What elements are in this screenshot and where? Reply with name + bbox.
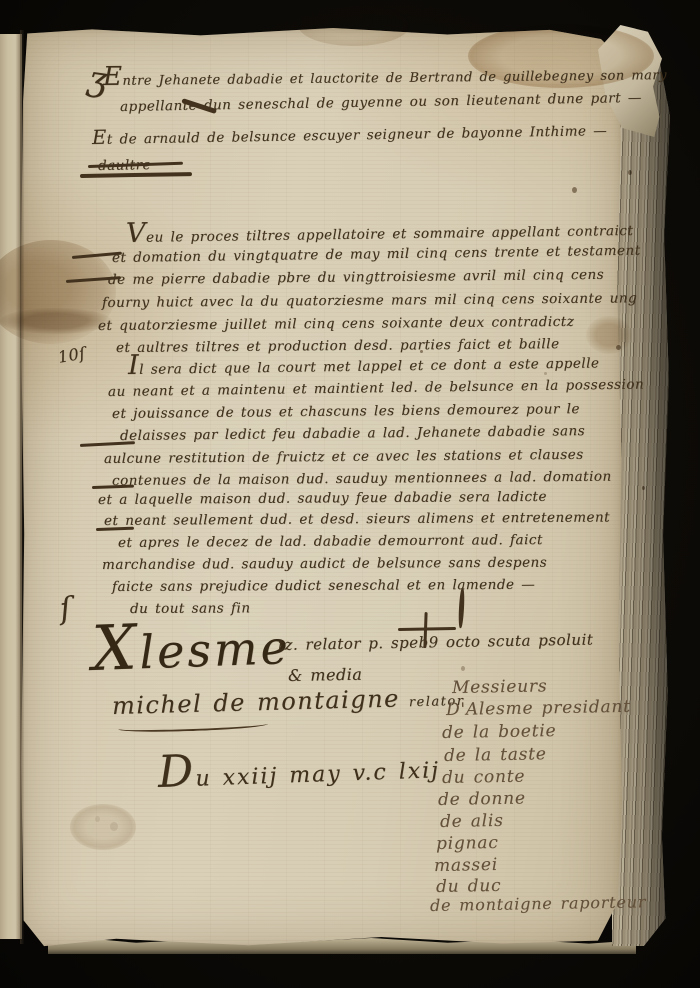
- councillor-name: de la boetie: [442, 721, 557, 743]
- judgment-line: et a laquelle maison dud. sauduy feue da…: [98, 489, 547, 508]
- councillor-name: de donne: [438, 788, 526, 810]
- councillor-name: D'Alesme presidant: [446, 697, 631, 720]
- councillor-name: de la taste: [444, 744, 547, 766]
- councillor-name: de alis: [440, 811, 504, 832]
- councillors-heading: Messieurs: [452, 676, 548, 698]
- gutter-crease: [20, 30, 24, 944]
- judgment-line: et apres le decez de lad. dabadie demour…: [118, 532, 543, 551]
- judgment-line: faicte sans prejudice dudict seneschal e…: [112, 577, 535, 595]
- councillor-name: du conte: [442, 767, 526, 788]
- councillor-name: pignac: [436, 833, 499, 854]
- fee-note: & media: [288, 665, 363, 685]
- judgment-line: marchandise dud. sauduy audict de belsun…: [102, 555, 547, 573]
- manuscript-photo: ʒ 10ſ ſ Entre Jehanete dabadie et laucto…: [0, 0, 700, 988]
- president-signature: Xlesme: [91, 605, 292, 685]
- councillor-name: de montaigne raporteur: [430, 892, 647, 915]
- councillor-name: massei: [434, 855, 498, 876]
- councillor-name: du duc: [436, 876, 502, 897]
- facing-page-edge: [0, 34, 22, 939]
